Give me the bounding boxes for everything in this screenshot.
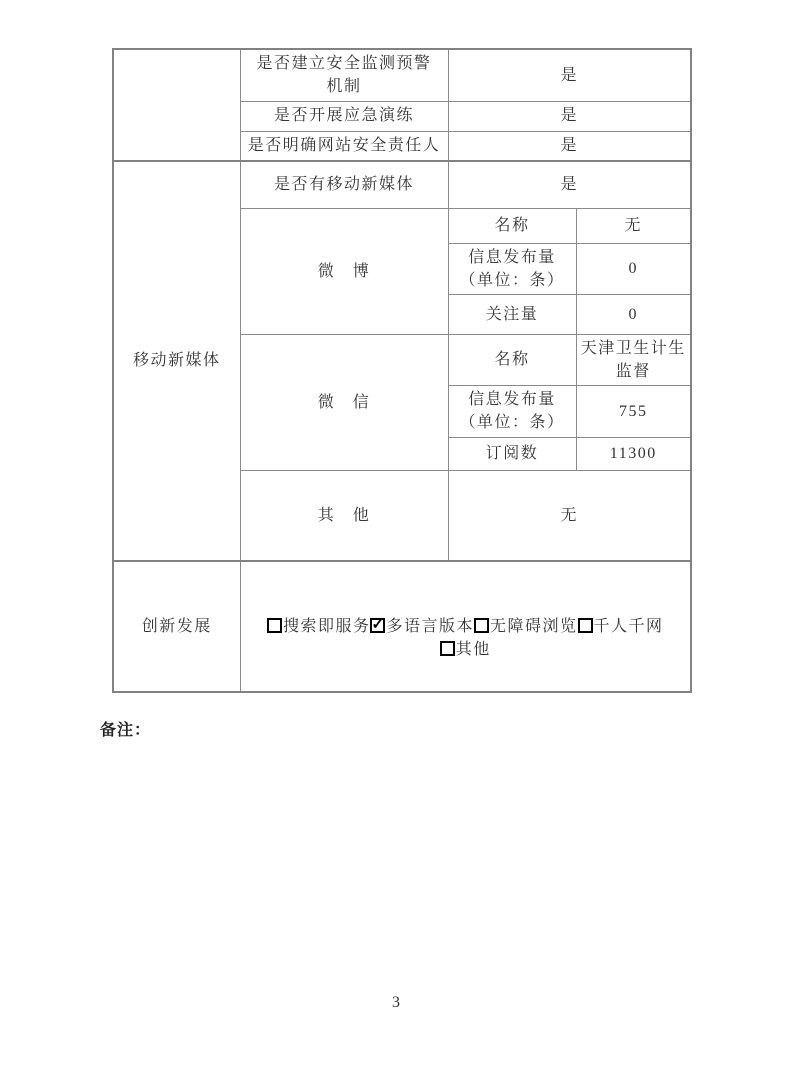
document-page: 是否建立安全监测预警 机制 是 是否开展应急演练 是 是否明确网站安全责任人 是… <box>0 0 792 1074</box>
wechat-posts-value: 755 <box>576 386 691 437</box>
security-monitor-value: 是 <box>448 49 691 101</box>
wechat-name-value: 天津卫生计生 监督 <box>576 334 691 385</box>
security-officer-value: 是 <box>448 131 691 161</box>
option-search-as-service: 搜索即服务 <box>267 615 371 638</box>
wechat-subscribers-label: 订阅数 <box>448 437 576 470</box>
emergency-drill-value: 是 <box>448 101 691 131</box>
checkbox-icon <box>370 618 385 633</box>
checkbox-label: 千人千网 <box>594 618 664 635</box>
security-section-label-cell <box>113 49 240 161</box>
other-media-value: 无 <box>448 470 691 561</box>
other-media-label: 其 他 <box>240 470 448 561</box>
innovation-section-label: 创新发展 <box>113 561 240 692</box>
weibo-label: 微 博 <box>240 208 448 334</box>
has-mobile-media-label: 是否有移动新媒体 <box>240 161 448 208</box>
weibo-name-label: 名称 <box>448 208 576 243</box>
option-other: 其他 <box>440 638 491 661</box>
wechat-name-label: 名称 <box>448 334 576 385</box>
checkbox-icon <box>578 618 593 633</box>
weibo-followers-label: 关注量 <box>448 294 576 334</box>
notes-label: 备注： <box>100 717 151 740</box>
checkbox-label: 搜索即服务 <box>283 618 371 635</box>
checkbox-label: 多语言版本 <box>386 618 474 635</box>
option-accessibility: 无障碍浏览 <box>474 615 578 638</box>
mobile-media-section-label: 移动新媒体 <box>113 161 240 561</box>
option-multilingual: 多语言版本 <box>370 615 474 638</box>
weibo-followers-value: 0 <box>576 294 691 334</box>
security-officer-label: 是否明确网站安全责任人 <box>240 131 448 161</box>
checkbox-icon <box>440 641 455 656</box>
emergency-drill-label: 是否开展应急演练 <box>240 101 448 131</box>
annual-report-table: 是否建立安全监测预警 机制 是 是否开展应急演练 是 是否明确网站安全责任人 是… <box>112 48 692 693</box>
innovation-options-cell: 搜索即服务多语言版本无障碍浏览千人千网其他 <box>240 561 691 692</box>
page-number: 3 <box>0 994 792 1012</box>
checkbox-icon <box>267 618 282 633</box>
checkbox-label: 无障碍浏览 <box>490 618 578 635</box>
checkbox-icon <box>474 618 489 633</box>
checkbox-label: 其他 <box>456 641 491 658</box>
wechat-posts-label: 信息发布量 （单位：条） <box>448 386 576 437</box>
weibo-posts-value: 0 <box>576 243 691 294</box>
wechat-label: 微 信 <box>240 334 448 470</box>
security-monitor-label: 是否建立安全监测预警 机制 <box>240 49 448 101</box>
weibo-posts-label: 信息发布量 （单位：条） <box>448 243 576 294</box>
wechat-subscribers-value: 11300 <box>576 437 691 470</box>
has-mobile-media-value: 是 <box>448 161 691 208</box>
option-personalized: 千人千网 <box>578 615 664 638</box>
weibo-name-value: 无 <box>576 208 691 243</box>
